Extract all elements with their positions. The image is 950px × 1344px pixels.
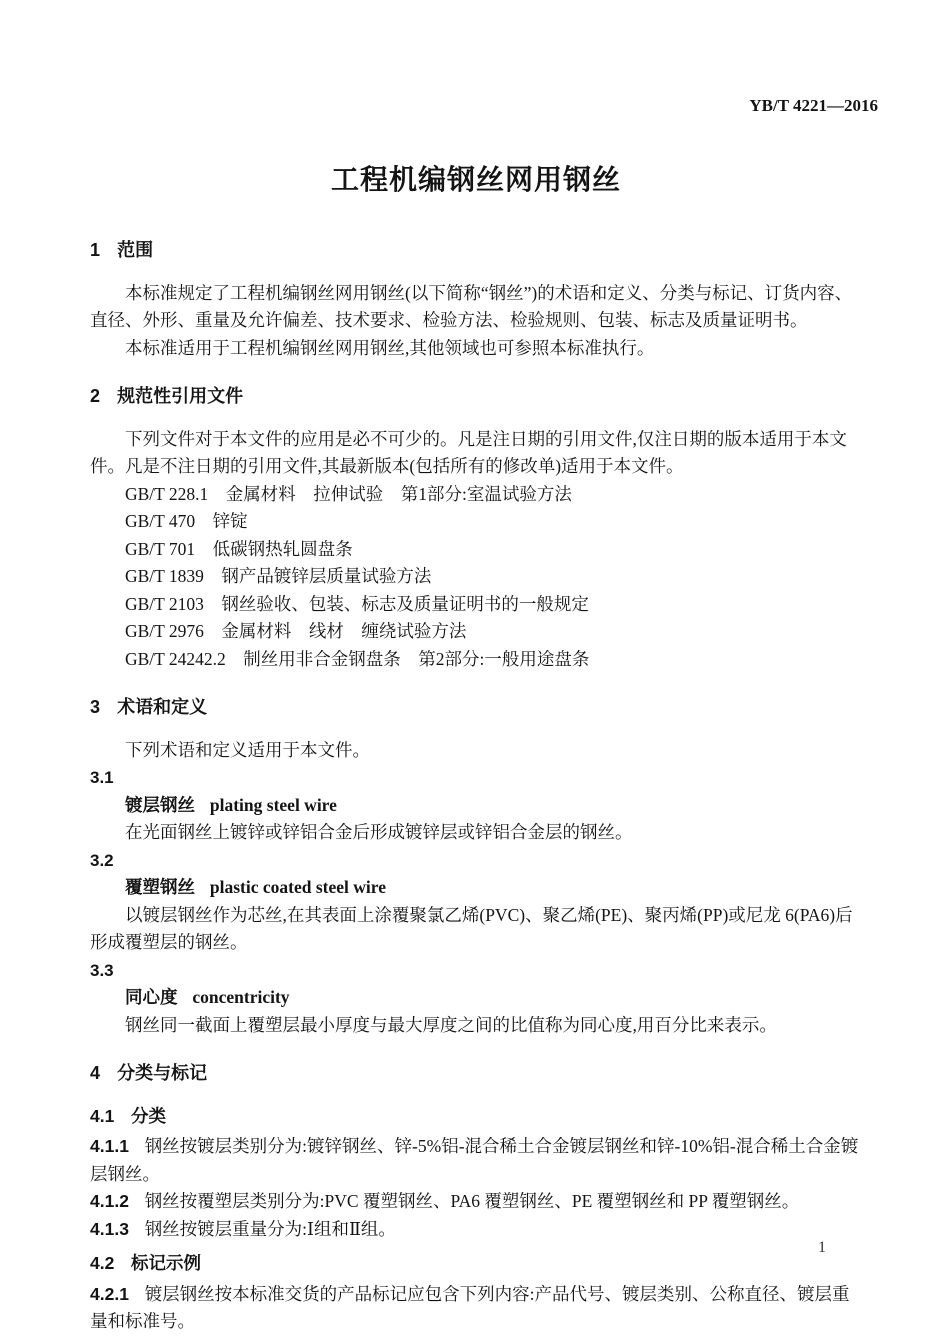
term-name-zh: 镀层钢丝 xyxy=(125,795,195,815)
section-heading-terms: 3术语和定义 xyxy=(90,694,862,722)
term-definition: 在光面钢丝上镀锌或锌铝合金后形成镀锌层或锌铝合金层的钢丝。 xyxy=(90,819,862,847)
reference-item: GB/T 24242.2 制丝用非合金钢盘条 第2部分:一般用途盘条 xyxy=(90,646,862,674)
term-name: 覆塑钢丝plastic coated steel wire xyxy=(125,874,862,902)
clause-number: 4.1.2 xyxy=(90,1191,129,1211)
references-intro: 下列文件对于本文件的应用是必不可少的。凡是注日期的引用文件,仅注日期的版本适用于… xyxy=(90,426,862,481)
term-number: 3.2 xyxy=(90,847,862,875)
clause-number: 4.1.1 xyxy=(90,1136,129,1156)
subsection-number: 4.2 xyxy=(90,1253,114,1273)
term-entry: 3.3 同心度concentricity 钢丝同一截面上覆塑层最小厚度与最大厚度… xyxy=(90,957,862,1040)
section-heading-classification: 4分类与标记 xyxy=(90,1060,862,1088)
terms-intro: 下列术语和定义适用于本文件。 xyxy=(90,737,862,765)
clause: 4.2.1镀层钢丝按本标准交货的产品标记应包含下列内容:产品代号、镀层类别、公称… xyxy=(90,1281,862,1336)
subsection-heading-42: 4.2标记示例 xyxy=(90,1250,862,1278)
term-entry: 3.1 镀层钢丝plating steel wire 在光面钢丝上镀锌或锌铝合金… xyxy=(90,764,862,847)
section-number: 3 xyxy=(90,697,100,717)
term-number: 3.1 xyxy=(90,764,862,792)
reference-item: GB/T 2103 钢丝验收、包装、标志及质量证明书的一般规定 xyxy=(90,591,862,619)
section-number: 1 xyxy=(90,240,100,260)
term-name-zh: 覆塑钢丝 xyxy=(125,877,195,897)
term-number: 3.3 xyxy=(90,957,862,985)
reference-item: GB/T 2976 金属材料 线材 缠绕试验方法 xyxy=(90,618,862,646)
section-heading-references: 2规范性引用文件 xyxy=(90,383,862,411)
reference-item: GB/T 701 低碳钢热轧圆盘条 xyxy=(90,536,862,564)
term-name: 同心度concentricity xyxy=(125,984,862,1012)
subsection-title: 标记示例 xyxy=(131,1253,201,1273)
section-number: 2 xyxy=(90,386,100,406)
page-header: YB/T 4221—2016 xyxy=(90,97,878,115)
term-definition: 钢丝同一截面上覆塑层最小厚度与最大厚度之间的比值称为同心度,用百分比来表示。 xyxy=(90,1012,862,1040)
clause-text: 钢丝按镀层类别分为:镀锌钢丝、锌-5%铝-混合稀土合金镀层钢丝和锌-10%铝-混… xyxy=(90,1136,858,1184)
reference-item: GB/T 470 锌锭 xyxy=(90,508,862,536)
clause-number: 4.1.3 xyxy=(90,1219,129,1239)
clause-number: 4.2.1 xyxy=(90,1284,129,1304)
term-name-zh: 同心度 xyxy=(125,987,178,1007)
clause-text: 钢丝按覆塑层类别分为:PVC 覆塑钢丝、PA6 覆塑钢丝、PE 覆塑钢丝和 PP… xyxy=(145,1191,800,1211)
standard-number: YB/T 4221—2016 xyxy=(749,96,878,115)
clause: 4.1.1钢丝按镀层类别分为:镀锌钢丝、锌-5%铝-混合稀土合金镀层钢丝和锌-1… xyxy=(90,1133,862,1188)
clause-text: 镀层钢丝按本标准交货的产品标记应包含下列内容:产品代号、镀层类别、公称直径、镀层… xyxy=(90,1284,850,1332)
document-title: 工程机编钢丝网用钢丝 xyxy=(90,163,862,197)
term-name: 镀层钢丝plating steel wire xyxy=(125,792,862,820)
section-title: 规范性引用文件 xyxy=(117,386,243,406)
clause: 4.1.3钢丝按镀层重量分为:Ⅰ组和Ⅱ组。 xyxy=(90,1216,862,1244)
document-page: YB/T 4221—2016 工程机编钢丝网用钢丝 1范围 本标准规定了工程机编… xyxy=(0,0,950,1344)
clause-text: 钢丝按镀层重量分为:Ⅰ组和Ⅱ组。 xyxy=(145,1219,396,1239)
subsection-title: 分类 xyxy=(131,1106,166,1126)
reference-item: GB/T 1839 钢产品镀锌层质量试验方法 xyxy=(90,563,862,591)
section-number: 4 xyxy=(90,1063,100,1083)
section-title: 范围 xyxy=(117,240,153,260)
term-name-en: plating steel wire xyxy=(210,795,337,815)
section-title: 术语和定义 xyxy=(117,697,207,717)
subsection-number: 4.1 xyxy=(90,1106,114,1126)
page-number: 1 xyxy=(818,1234,826,1262)
term-name-en: concentricity xyxy=(192,987,289,1007)
section-title: 分类与标记 xyxy=(117,1063,207,1083)
subsection-heading-41: 4.1分类 xyxy=(90,1103,862,1131)
scope-paragraph: 本标准规定了工程机编钢丝网用钢丝(以下简称“钢丝”)的术语和定义、分类与标记、订… xyxy=(90,280,862,335)
reference-item: GB/T 228.1 金属材料 拉伸试验 第1部分:室温试验方法 xyxy=(90,481,862,509)
term-name-en: plastic coated steel wire xyxy=(210,877,386,897)
section-heading-scope: 1范围 xyxy=(90,237,862,265)
scope-paragraph: 本标准适用于工程机编钢丝网用钢丝,其他领域也可参照本标准执行。 xyxy=(90,335,862,363)
term-entry: 3.2 覆塑钢丝plastic coated steel wire 以镀层钢丝作… xyxy=(90,847,862,957)
clause: 4.1.2钢丝按覆塑层类别分为:PVC 覆塑钢丝、PA6 覆塑钢丝、PE 覆塑钢… xyxy=(90,1188,862,1216)
term-definition: 以镀层钢丝作为芯丝,在其表面上涂覆聚氯乙烯(PVC)、聚乙烯(PE)、聚丙烯(P… xyxy=(90,902,862,957)
